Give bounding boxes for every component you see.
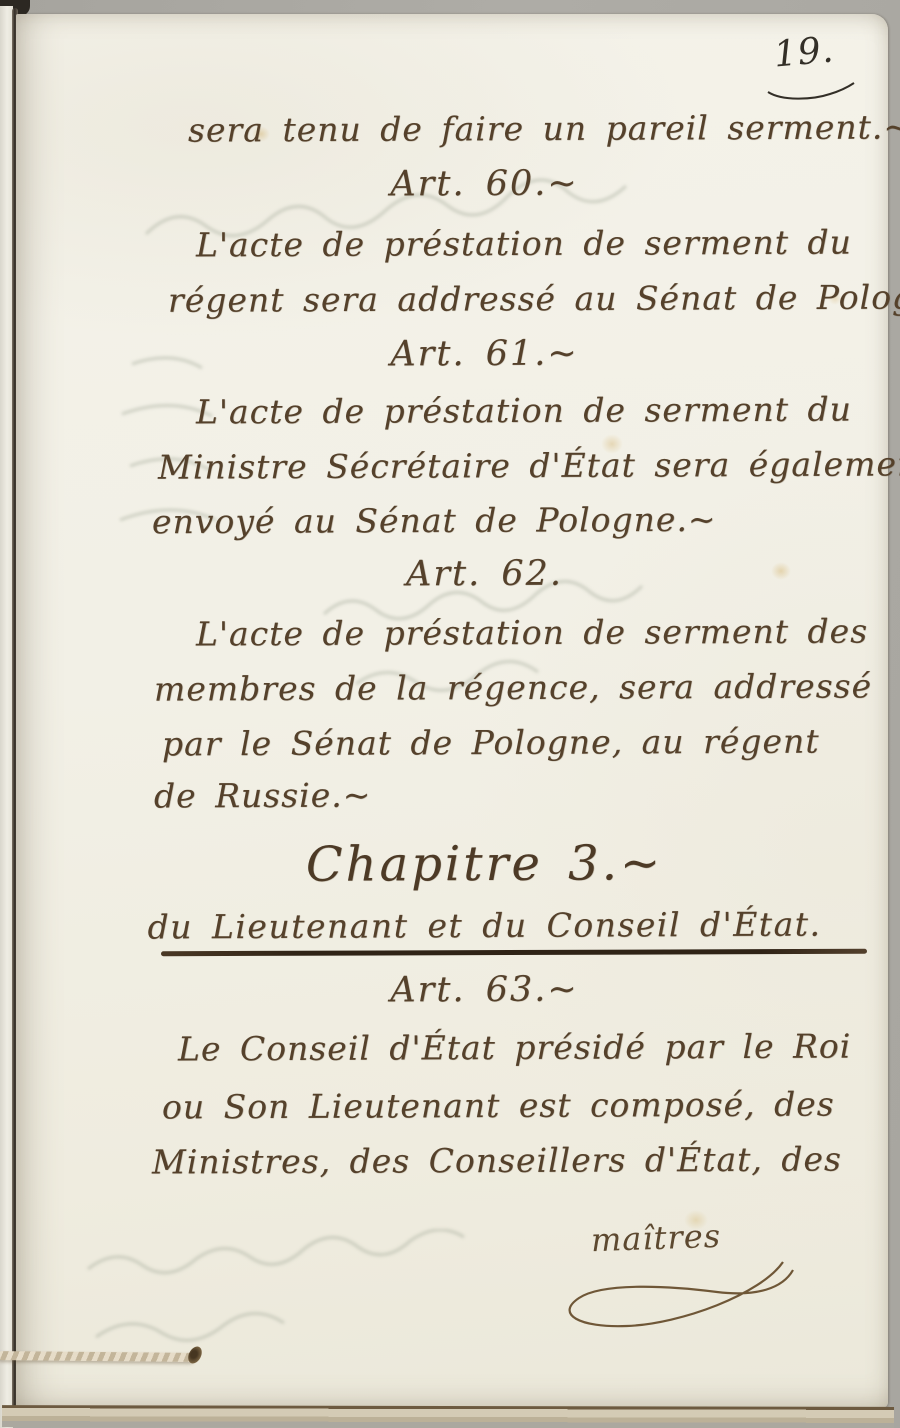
- folio-underline-swash: [762, 78, 858, 100]
- chapter-subtitle: du Lieutenant et du Conseil d'État.: [126, 904, 843, 946]
- manuscript-line: envoyé au Sénat de Pologne.~: [152, 500, 717, 541]
- manuscript-line: Ministre Sécrétaire d'État sera égalemen…: [158, 444, 900, 486]
- article-heading: Art. 60.~: [126, 162, 843, 205]
- catchword-flourish: [521, 1252, 801, 1352]
- article-heading: Art. 61.~: [126, 332, 843, 375]
- page-stack-bottom-edge: [2, 1405, 894, 1428]
- article-heading: Art. 63.~: [126, 968, 843, 1011]
- manuscript-line: Le Conseil d'État présidé par le Roi: [178, 1027, 851, 1069]
- manuscript-line: L'acte de préstation de serment du: [196, 390, 852, 432]
- chapter-heading: Chapitre 3.~: [126, 834, 843, 893]
- showthrough-mark: [76, 1229, 596, 1363]
- manuscript-line: de Russie.~: [154, 776, 372, 816]
- manuscript-line: L'acte de préstation de serment du: [196, 223, 852, 265]
- article-heading: Art. 62.: [126, 552, 843, 595]
- manuscript-line: Ministres, des Conseillers d'État, des: [152, 1139, 842, 1181]
- manuscript-line: ou Son Lieutenant est composé, des: [162, 1085, 835, 1127]
- folio-number: 19.: [752, 28, 855, 78]
- manuscript-page: 19. sera tenu de faire un pareil serment…: [16, 14, 888, 1408]
- manuscript-photo: 19. sera tenu de faire un pareil serment…: [0, 0, 900, 1428]
- manuscript-line: par le Sénat de Pologne, au régent: [162, 722, 820, 764]
- manuscript-line: L'acte de préstation de serment des: [196, 612, 868, 654]
- chapter-underline-rule: [161, 949, 867, 956]
- manuscript-line: sera tenu de faire un pareil serment.~: [188, 107, 900, 149]
- binding-thread: [0, 1351, 194, 1362]
- manuscript-line: régent sera addressé au Sénat de Pologne…: [168, 277, 900, 320]
- manuscript-line: membres de la régence, sera addressé: [154, 666, 872, 708]
